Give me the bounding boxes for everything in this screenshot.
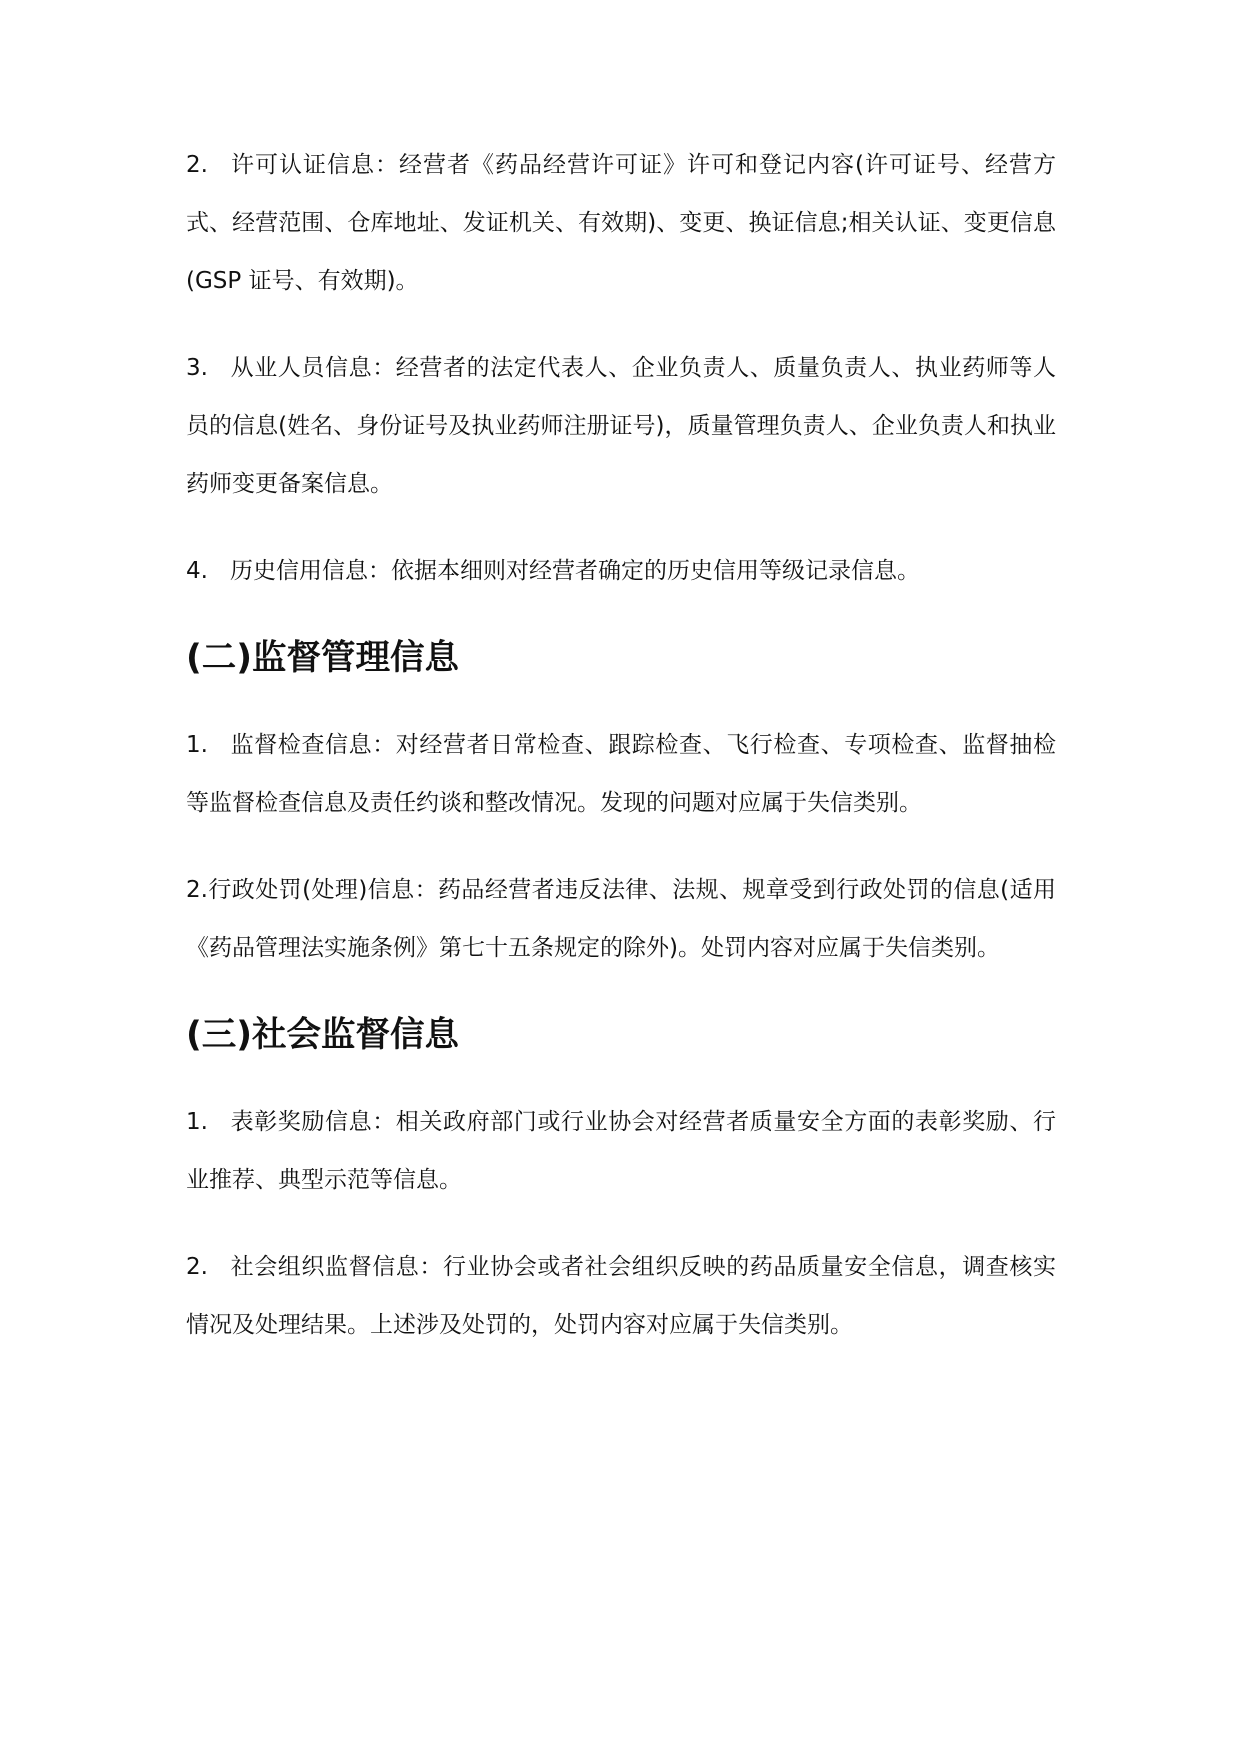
item-number: 1. (186, 716, 230, 774)
item-number: 2. (186, 1238, 230, 1296)
paragraph-staff-info: 3.从业人员信息：经营者的法定代表人、企业负责人、质量负责人、执业药师等人员的信… (186, 339, 1056, 513)
item-text: 历史信用信息：依据本细则对经营者确定的历史信用等级记录信息。 (230, 558, 920, 584)
paragraph-penalty-info: 2.行政处罚(处理)信息：药品经营者违反法律、法规、规章受到行政处罚的信息(适用… (186, 861, 1056, 977)
item-number: 3. (186, 339, 230, 397)
paragraph-inspection-info: 1.监督检查信息：对经营者日常检查、跟踪检查、飞行检查、专项检查、监督抽检等监督… (186, 716, 1056, 832)
section-heading-social-supervision: (三)社会监督信息 (186, 1006, 1056, 1064)
item-number: 2. (186, 877, 208, 903)
paragraph-social-org-info: 2.社会组织监督信息：行业协会或者社会组织反映的药品质量安全信息，调查核实情况及… (186, 1238, 1056, 1354)
item-number: 1. (186, 1093, 230, 1151)
paragraph-award-info: 1.表彰奖励信息：相关政府部门或行业协会对经营者质量安全方面的表彰奖励、行业推荐… (186, 1093, 1056, 1209)
item-text: 从业人员信息：经营者的法定代表人、企业负责人、质量负责人、执业药师等人员的信息(… (186, 355, 1056, 497)
paragraph-license-info: 2.许可认证信息：经营者《药品经营许可证》许可和登记内容(许可证号、经营方式、经… (186, 136, 1056, 310)
paragraph-credit-history: 4.历史信用信息：依据本细则对经营者确定的历史信用等级记录信息。 (186, 542, 1056, 600)
item-text: 行政处罚(处理)信息：药品经营者违反法律、法规、规章受到行政处罚的信息(适用《药… (186, 877, 1056, 961)
item-number: 2. (186, 136, 230, 194)
item-text: 表彰奖励信息：相关政府部门或行业协会对经营者质量安全方面的表彰奖励、行业推荐、典… (186, 1109, 1056, 1193)
item-text: 许可认证信息：经营者《药品经营许可证》许可和登记内容(许可证号、经营方式、经营范… (186, 152, 1056, 294)
item-text: 监督检查信息：对经营者日常检查、跟踪检查、飞行检查、专项检查、监督抽检等监督检查… (186, 732, 1056, 816)
document-page: 2.许可认证信息：经营者《药品经营许可证》许可和登记内容(许可证号、经营方式、经… (186, 136, 1056, 1383)
item-number: 4. (186, 542, 230, 600)
section-heading-supervision: (二)监督管理信息 (186, 629, 1056, 687)
item-text: 社会组织监督信息：行业协会或者社会组织反映的药品质量安全信息，调查核实情况及处理… (186, 1254, 1056, 1338)
